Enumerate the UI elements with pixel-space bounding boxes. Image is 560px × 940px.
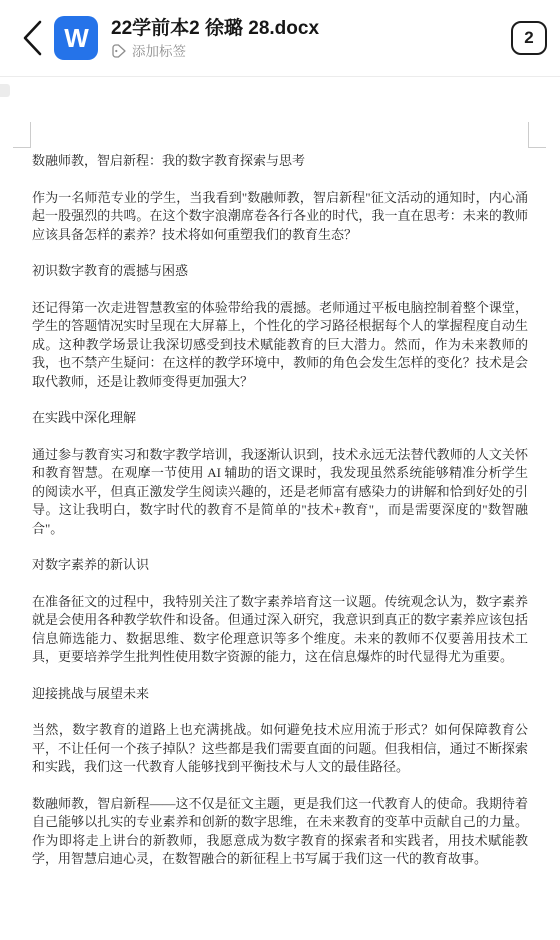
section-heading: 迎接挑战与展望未来 [32,685,528,704]
tag-icon [111,43,127,59]
paragraph: 在准备征文的过程中，我特别关注了数字素养培育这一议题。传统观念认为，数字素养就是… [32,593,528,667]
section-heading: 对数字素养的新认识 [32,556,528,575]
add-tag-label: 添加标签 [132,43,186,60]
section-heading: 初识数字教育的震撼与困惑 [32,262,528,281]
document-filename: 22学前本2 徐璐 28.docx [111,17,511,41]
paragraph: 通过参与教育实习和数字教学培训，我逐渐认识到，技术永远无法替代教师的人文关怀和教… [32,446,528,539]
paragraph: 数融师教，智启新程——这不仅是征文主题，更是我们这一代教育人的使命。我期待着自己… [32,795,528,869]
add-tag-button[interactable]: 添加标签 [111,43,511,60]
back-button[interactable] [10,10,54,66]
title-block: 22学前本2 徐璐 28.docx 添加标签 [111,17,511,60]
paragraph: 作为一名师范专业的学生，当我看到"数融师教，智启新程"征文活动的通知时，内心涌起… [32,189,528,245]
margin-crop-mark-left [13,122,31,148]
chevron-left-icon [19,17,45,59]
word-icon-letter: W [64,23,88,54]
app-screen: W 22学前本2 徐璐 28.docx 添加标签 2 数融师教，智启新程：我的数… [0,0,560,940]
top-navbar: W 22学前本2 徐璐 28.docx 添加标签 2 [0,0,560,77]
margin-crop-mark-right [528,122,546,148]
tab-count: 2 [524,28,533,48]
tab-counter-button[interactable]: 2 [511,21,547,55]
doc-title: 数融师教，智启新程：我的数字教育探索与思考 [32,152,528,171]
section-heading: 在实践中深化理解 [32,409,528,428]
page-edge-sliver [0,84,10,97]
paragraph: 当然，数字教育的道路上也充满挑战。如何避免技术应用流于形式？如何保障教育公平，不… [32,721,528,777]
word-file-icon: W [54,16,98,60]
document-body: 数融师教，智启新程：我的数字教育探索与思考作为一名师范专业的学生，当我看到"数融… [32,152,528,887]
document-viewport[interactable]: 数融师教，智启新程：我的数字教育探索与思考作为一名师范专业的学生，当我看到"数融… [0,78,560,940]
paragraph: 还记得第一次走进智慧教室的体验带给我的震撼。老师通过平板电脑控制着整个课堂，学生… [32,299,528,392]
